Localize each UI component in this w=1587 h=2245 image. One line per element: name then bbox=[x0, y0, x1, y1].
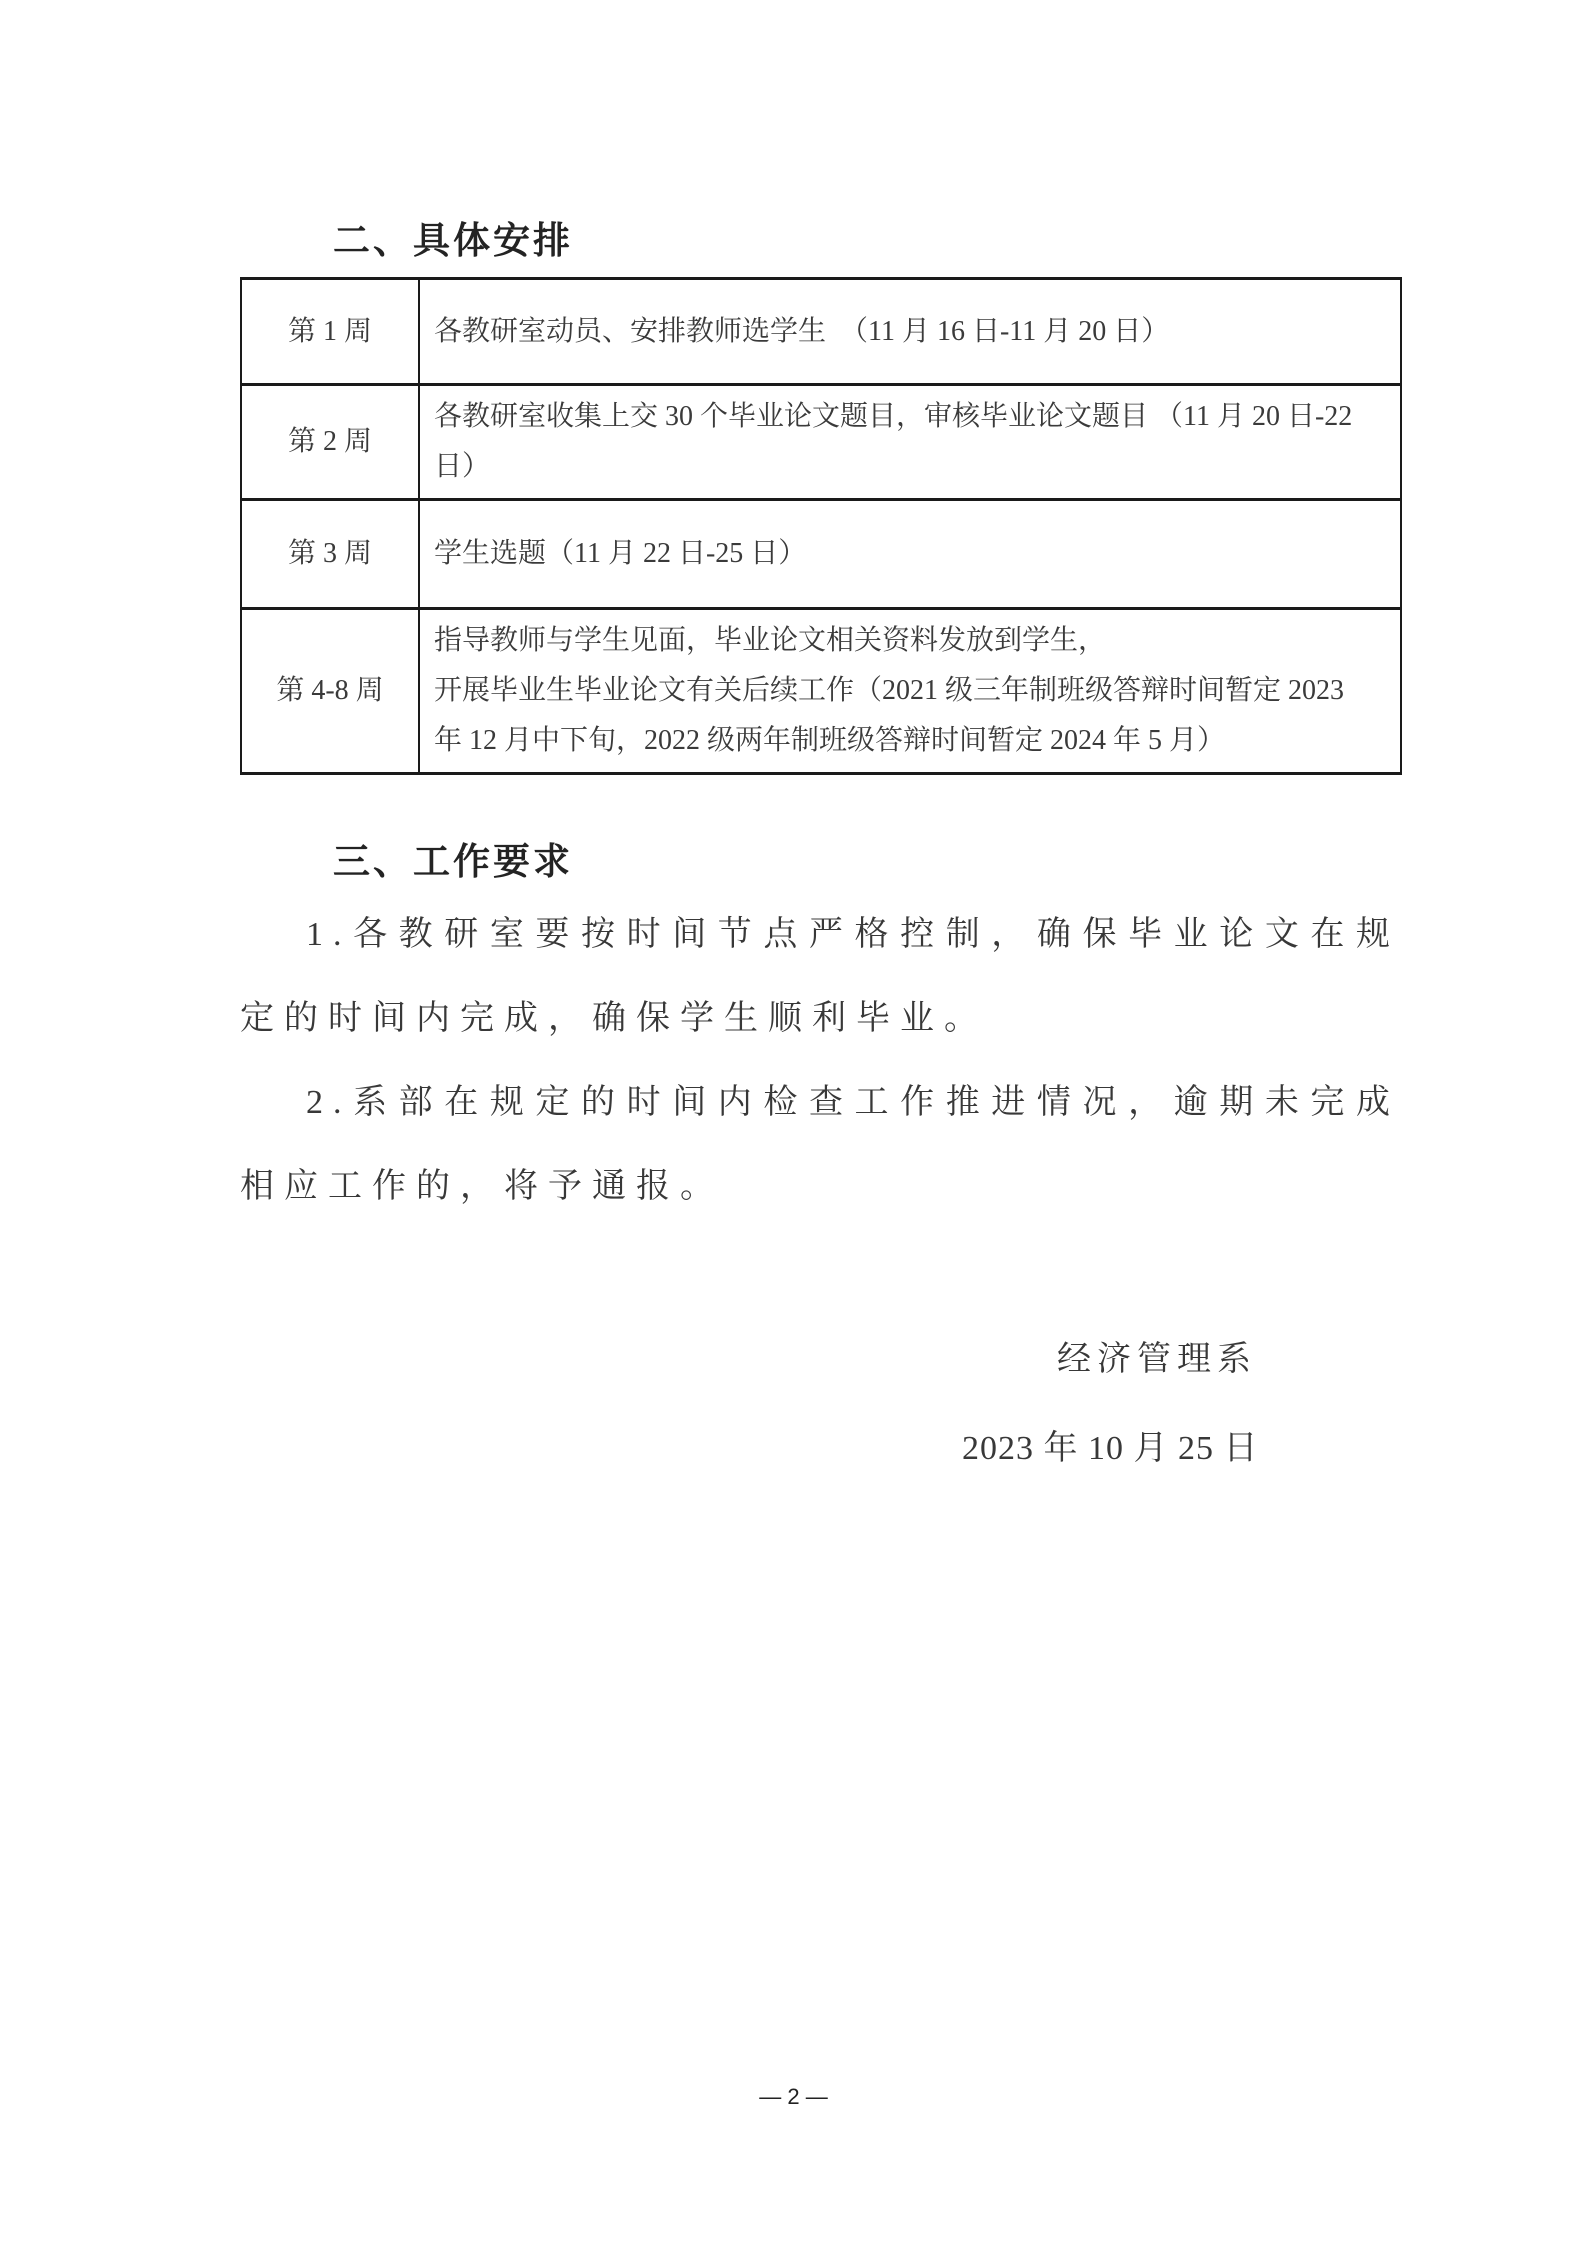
document-page: 二、具体安排 第 1 周 各教研室动员、安排教师选学生 （11 月 16 日-1… bbox=[0, 0, 1587, 2245]
activity-cell: 学生选题（11 月 22 日-25 日） bbox=[419, 500, 1401, 609]
week-cell: 第 2 周 bbox=[241, 385, 419, 500]
activity-cell: 指导教师与学生见面，毕业论文相关资料发放到学生， 开展毕业生毕业论文有关后续工作… bbox=[419, 609, 1401, 774]
table-row: 第 2 周 各教研室收集上交 30 个毕业论文题目，审核毕业论文题目 （11 月… bbox=[241, 385, 1401, 500]
week-cell: 第 3 周 bbox=[241, 500, 419, 609]
activity-cell: 各教研室动员、安排教师选学生 （11 月 16 日-11 月 20 日） bbox=[419, 279, 1401, 385]
requirement-paragraph-1: 1.各教研室要按时间节点严格控制，确保毕业论文在规定的时间内完成，确保学生顺利毕… bbox=[240, 893, 1400, 1061]
section-heading-arrangement: 二、具体安排 bbox=[333, 210, 573, 264]
page-number: — 2 — bbox=[0, 2084, 1587, 2110]
table-row: 第 3 周 学生选题（11 月 22 日-25 日） bbox=[241, 500, 1401, 609]
requirements-block: 1.各教研室要按时间节点严格控制，确保毕业论文在规定的时间内完成，确保学生顺利毕… bbox=[240, 893, 1400, 1229]
week-cell: 第 1 周 bbox=[241, 279, 419, 385]
table-row: 第 1 周 各教研室动员、安排教师选学生 （11 月 16 日-11 月 20 … bbox=[241, 279, 1401, 385]
requirement-paragraph-2: 2.系部在规定的时间内检查工作推进情况，逾期未完成相应工作的，将予通报。 bbox=[240, 1061, 1400, 1229]
schedule-table: 第 1 周 各教研室动员、安排教师选学生 （11 月 16 日-11 月 20 … bbox=[240, 277, 1402, 775]
week-cell: 第 4-8 周 bbox=[241, 609, 419, 774]
section-heading-requirements: 三、工作要求 bbox=[333, 831, 573, 885]
signoff-department: 经济管理系 bbox=[1057, 1331, 1257, 1380]
signoff-date: 2023 年 10 月 25 日 bbox=[962, 1420, 1259, 1469]
activity-cell: 各教研室收集上交 30 个毕业论文题目，审核毕业论文题目 （11 月 20 日-… bbox=[419, 385, 1401, 500]
table-row: 第 4-8 周 指导教师与学生见面，毕业论文相关资料发放到学生， 开展毕业生毕业… bbox=[241, 609, 1401, 774]
